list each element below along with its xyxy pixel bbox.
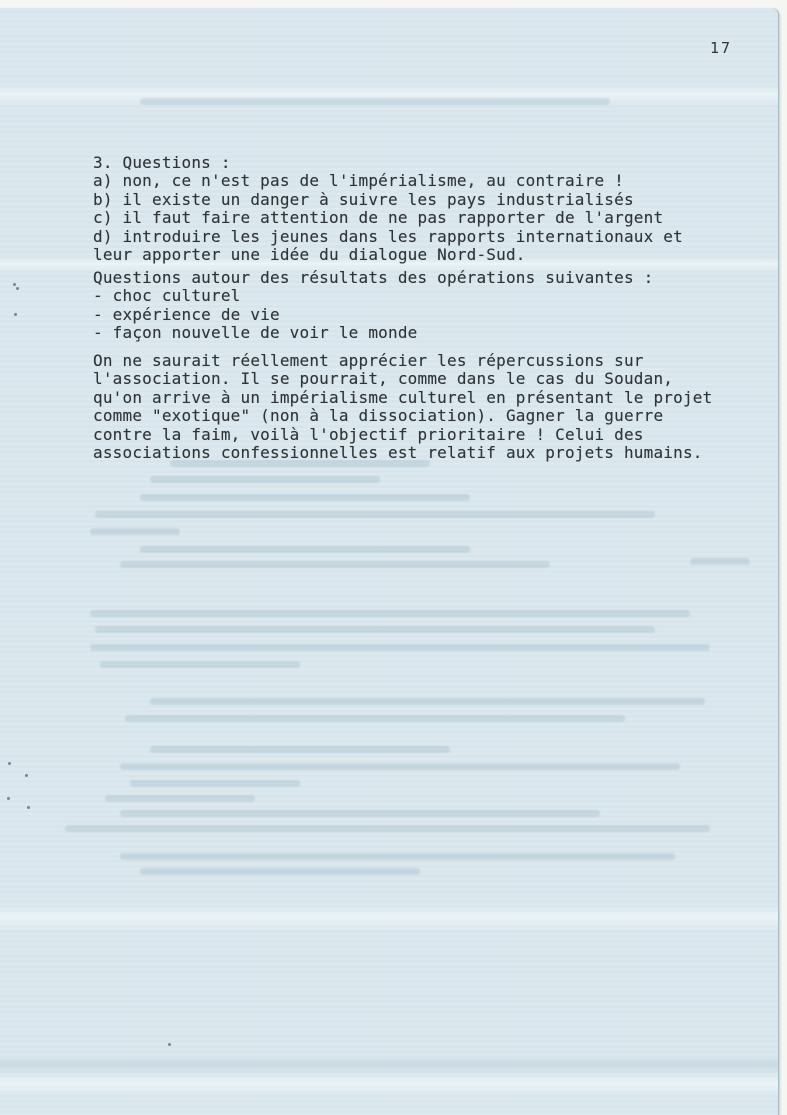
ink-bleedthrough-line: [140, 868, 420, 875]
text-line: b) il existe un danger à suivre les pays…: [93, 191, 683, 209]
ink-bleedthrough-line: [150, 746, 450, 753]
ink-bleedthrough-line: [120, 810, 600, 817]
text-line: - façon nouvelle de voir le monde: [93, 324, 653, 342]
scan-band: [0, 1074, 778, 1096]
text-line: c) il faut faire attention de ne pas rap…: [93, 209, 683, 227]
text-line: - expérience de vie: [93, 306, 653, 324]
scanned-document-screenshot: { "page": { "number": "17" }, "document"…: [0, 0, 787, 1115]
ink-bleedthrough-line: [150, 476, 380, 483]
ink-speck: [7, 797, 10, 800]
ink-bleedthrough-line: [140, 98, 610, 105]
ink-bleedthrough-line: [90, 644, 710, 651]
text-line: - choc culturel: [93, 287, 653, 305]
ink-speck: [25, 774, 28, 777]
ink-speck: [168, 1043, 171, 1046]
text-line: Questions autour des résultats des opéra…: [93, 269, 653, 287]
ink-speck: [8, 762, 11, 765]
ink-bleedthrough-line: [150, 698, 705, 705]
ink-speck: [16, 287, 19, 290]
scan-band: [0, 1056, 778, 1074]
text-line: leur apporter une idée du dialogue Nord-…: [93, 246, 683, 264]
paper-sheet: 17 3. Questions :a) non, ce n'est pas de…: [0, 8, 778, 1115]
ink-bleedthrough-line: [95, 511, 655, 518]
ink-bleedthrough-line: [140, 546, 470, 553]
scan-band: [0, 906, 778, 932]
ink-bleedthrough-line: [90, 610, 690, 617]
ink-speck: [14, 313, 17, 316]
text-line: d) introduire les jeunes dans les rappor…: [93, 228, 683, 246]
ink-bleedthrough-line: [120, 853, 675, 860]
ink-bleedthrough-line: [130, 780, 300, 787]
text-line: qu'on arrive à un impérialisme culturel …: [93, 389, 712, 407]
text-line: l'association. Il se pourrait, comme dan…: [93, 370, 712, 388]
ink-bleedthrough-line: [125, 715, 625, 722]
ink-bleedthrough-line: [65, 825, 710, 832]
paragraph: On ne saurait réellement apprécier les r…: [93, 352, 712, 462]
paragraph: 3. Questions :a) non, ce n'est pas de l'…: [93, 154, 683, 264]
ink-bleedthrough-line: [170, 460, 430, 467]
ink-bleedthrough-line: [120, 763, 680, 770]
ink-speck: [13, 283, 16, 286]
text-line: contre la faim, voilà l'objectif priorit…: [93, 426, 712, 444]
page-number: 17: [710, 39, 732, 57]
text-line: On ne saurait réellement apprécier les r…: [93, 352, 712, 370]
paragraph: Questions autour des résultats des opéra…: [93, 269, 653, 343]
text-line: 3. Questions :: [93, 154, 683, 172]
ink-speck: [27, 806, 30, 809]
text-line: comme "exotique" (non à la dissociation)…: [93, 407, 712, 425]
ink-bleedthrough-line: [105, 795, 255, 802]
ink-bleedthrough-line: [95, 626, 655, 633]
ink-bleedthrough-line: [120, 561, 550, 568]
ink-bleedthrough-line: [690, 558, 750, 565]
ink-bleedthrough-line: [100, 661, 300, 668]
ink-bleedthrough-line: [140, 494, 470, 501]
ink-bleedthrough-line: [90, 528, 180, 535]
text-line: a) non, ce n'est pas de l'impérialisme, …: [93, 172, 683, 190]
